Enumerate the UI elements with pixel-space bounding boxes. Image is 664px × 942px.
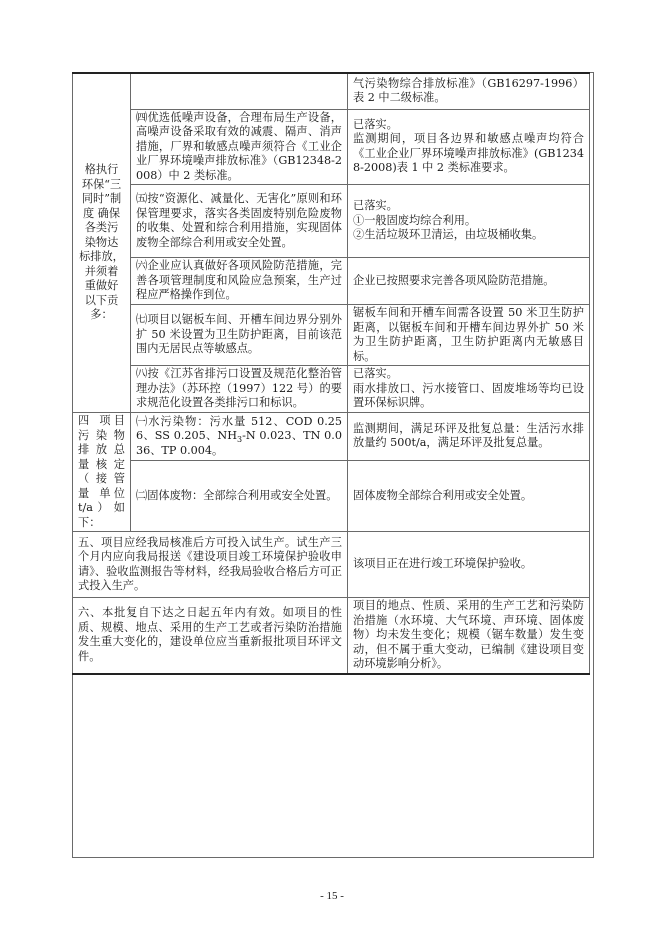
label-line: 格执行 [78, 163, 125, 178]
status-line: ①一般固废均综合利用。 [353, 214, 584, 229]
status-risk: 企业已按照要求完善各项风险防范措施。 [348, 258, 590, 305]
status-water-pollutants: 监测期间，满足环评及批复总量：生活污水排放量约 500t/a，满足环评及批复总量… [348, 413, 590, 461]
status-outlets: 已落实。 雨水排放口、污水接管口、固废堆场等均已设置环保标识牌。 [348, 366, 590, 413]
table-row: ㈡固体废物：全部综合利用或安全处置。 固体废物全部综合利用或安全处置。 [73, 460, 590, 531]
status-line: 已落实。 [353, 367, 584, 382]
requirement-cell [131, 73, 348, 109]
label-line: 四 项目 [78, 414, 125, 429]
label-line: 污 染 物 [78, 429, 125, 444]
status-protection-distance: 锯板车间和开槽车间需各设置 50 米卫生防护距离，以锯板车间和开槽车间边界外扩 … [348, 305, 590, 366]
table-row: ㈧按《江苏省排污口设置及规范化整治管理办法》（苏环控（1997）122 号）的要… [73, 366, 590, 413]
section4-label: 四 项目 污 染 物 排 放 总 量 核 定 （ 接 管 量 单位 t/a ） … [73, 413, 131, 532]
status-line: 已落实。 [353, 199, 584, 214]
page-number: - 15 - [0, 890, 664, 902]
status-trial-production: 该项目正在进行竣工环境保护验收。 [348, 532, 590, 598]
requirement-risk: ㈥企业应认真做好各项风险防范措施，完善各项管理制度和风险应急预案，生产过程应严格… [131, 258, 348, 305]
label-line: 以下贡 [78, 294, 125, 309]
label-line: （ 接 管 [78, 472, 125, 487]
status-line: ②生活垃圾环卫清运，由垃圾桶收集。 [353, 228, 584, 243]
label-line: 染物达 [78, 236, 125, 251]
label-line: 重做好 [78, 279, 125, 294]
label-line: t/a ） 如 [78, 501, 125, 516]
table-row: ㈦项目以锯板车间、开槽车间边界分别外扩 50 米设置为卫生防护距离，目前该范围内… [73, 305, 590, 366]
requirement-outlets: ㈧按《江苏省排污口设置及规范化整治管理办法》（苏环控（1997）122 号）的要… [131, 366, 348, 413]
status-validity: 项目的地点、性质、采用的生产工艺和污染防治措施（水环境、大气环境、声环境、固体废… [348, 598, 590, 674]
status-solid-waste: 已落实。 ①一般固废均综合利用。 ②生活垃圾环卫清运，由垃圾桶收集。 [348, 185, 590, 258]
table-row: ㈣优选低噪声设备，合理布局生产设备，高噪声设备采取有效的减震、隔声、消声措施，厂… [73, 109, 590, 185]
section3-label: 格执行 环保“三 同时”制 度 确保 各类污 染物达 标排放， 并须着 重做好 … [73, 73, 131, 413]
label-line: 下： [78, 516, 125, 531]
table-row: 六、本批复自下达之日起五年内有效。如项目的性质、规模、地点、采用的生产工艺或者污… [73, 598, 590, 674]
table-row: 五、项目应经我局核准后方可投入试生产。试生产三个月内应向我局报送《建设项目竣工环… [73, 532, 590, 598]
label-line: 度 确保 [78, 207, 125, 222]
requirement-solid-total: ㈡固体废物：全部综合利用或安全处置。 [131, 460, 348, 531]
status-cell: 气污染物综合排放标准》（GB16297-1996）表 2 中二级标准。 [348, 73, 590, 109]
table-row: 四 项目 污 染 物 排 放 总 量 核 定 （ 接 管 量 单位 t/a ） … [73, 413, 590, 461]
requirement-validity: 六、本批复自下达之日起五年内有效。如项目的性质、规模、地点、采用的生产工艺或者污… [73, 598, 348, 674]
table-row: ㈥企业应认真做好各项风险防范措施，完善各项管理制度和风险应急预案，生产过程应严格… [73, 258, 590, 305]
label-line: 排 放 总 [78, 443, 125, 458]
label-line: 同时”制 [78, 192, 125, 207]
label-line: 量 核 定 [78, 458, 125, 473]
requirement-solid-waste: ㈤按“资源化、减量化、无害化”原则和环保管理要求，落实各类固废特别危险废物的收集… [131, 185, 348, 258]
label-line: 多： [78, 308, 125, 323]
status-line: 已落实。 [353, 118, 584, 133]
label-line: 各类污 [78, 221, 125, 236]
requirement-trial-production: 五、项目应经我局核准后方可投入试生产。试生产三个月内应向我局报送《建设项目竣工环… [73, 532, 348, 598]
status-line: 雨水排放口、污水接管口、固废堆场等均已设置环保标识牌。 [353, 382, 584, 411]
label-line: 环保“三 [78, 178, 125, 193]
table-row: ㈤按“资源化、减量化、无害化”原则和环保管理要求，落实各类固废特别危险废物的收集… [73, 185, 590, 258]
label-line: 标排放， [78, 250, 125, 265]
status-noise: 已落实。 监测期间，项目各边界和敏感点噪声均符合《工业企业厂界环境噪声排放标准》… [348, 109, 590, 185]
status-solid-total: 固体废物全部综合利用或安全处置。 [348, 460, 590, 531]
requirement-noise: ㈣优选低噪声设备，合理布局生产设备，高噪声设备采取有效的减震、隔声、消声措施，厂… [131, 109, 348, 185]
status-line: 监测期间，项目各边界和敏感点噪声均符合《工业企业厂界环境噪声排放标准》(GB12… [353, 132, 584, 176]
requirement-protection-distance: ㈦项目以锯板车间、开槽车间边界分别外扩 50 米设置为卫生防护距离，目前该范围内… [131, 305, 348, 366]
label-line: 量 单位 [78, 487, 125, 502]
requirement-water-pollutants: ㈠水污染物：污水量 512、COD 0.256、SS 0.205、NH3-N 0… [131, 413, 348, 461]
approval-compliance-table: 格执行 环保“三 同时”制 度 确保 各类污 染物达 标排放， 并须着 重做好 … [72, 72, 590, 675]
table-row: 格执行 环保“三 同时”制 度 确保 各类污 染物达 标排放， 并须着 重做好 … [73, 73, 590, 109]
label-line: 并须着 [78, 265, 125, 280]
